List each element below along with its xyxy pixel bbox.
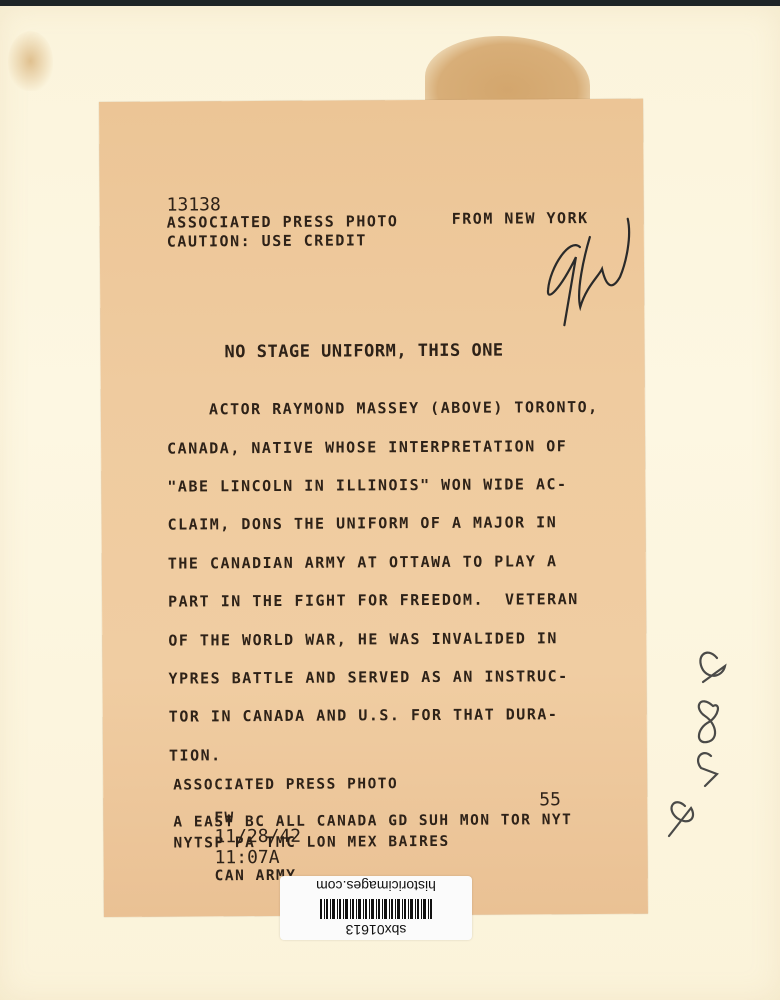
sticker-code: sbx01613	[280, 922, 472, 938]
body-line: part in the Fight for Freedom. Veteran	[168, 590, 579, 611]
footer-agency: Associated Press Photo	[173, 776, 398, 793]
body-line: Canada, native whose interpretation of	[167, 437, 567, 457]
body-line: tor in Canada and U.S. for that dura-	[169, 705, 559, 725]
inventory-sticker: sbx01613 historicimages.com	[280, 876, 472, 940]
handwritten-number	[655, 636, 735, 851]
agency-header: Associated Press Photo	[167, 212, 399, 231]
body-line: "Abe Lincoln in Illinois" won wide ac-	[167, 475, 567, 495]
barcode-icon	[320, 899, 432, 919]
distribution-line: A EAST BC ALL CANADA GD SUH MON TOR NYT	[173, 812, 572, 830]
body-line: the Canadian army at Ottawa to play a	[168, 552, 558, 572]
body-line: of the World War, he was invalided in	[168, 629, 558, 649]
water-stain	[8, 31, 53, 91]
caption-slip: 13138 Associated Press Photo From New Yo…	[99, 99, 648, 917]
distribution-line: NYTSP PA TMC LON MEX BAIRES	[173, 834, 449, 852]
body-line: Actor Raymond Massey (above) Toronto,	[167, 398, 599, 419]
sticker-site: historicimages.com	[280, 878, 472, 894]
headline: NO STAGE UNIFORM, THIS ONE	[224, 341, 503, 363]
body-line: tion.	[169, 746, 222, 764]
body-line: Ypres battle and served as an instruc-	[168, 667, 568, 687]
caution-credit: Caution: Use credit	[167, 231, 367, 250]
body-line: claim, dons the uniform of a major in	[168, 513, 558, 533]
handwritten-initials	[540, 207, 641, 328]
footer-count: 55	[539, 789, 561, 810]
